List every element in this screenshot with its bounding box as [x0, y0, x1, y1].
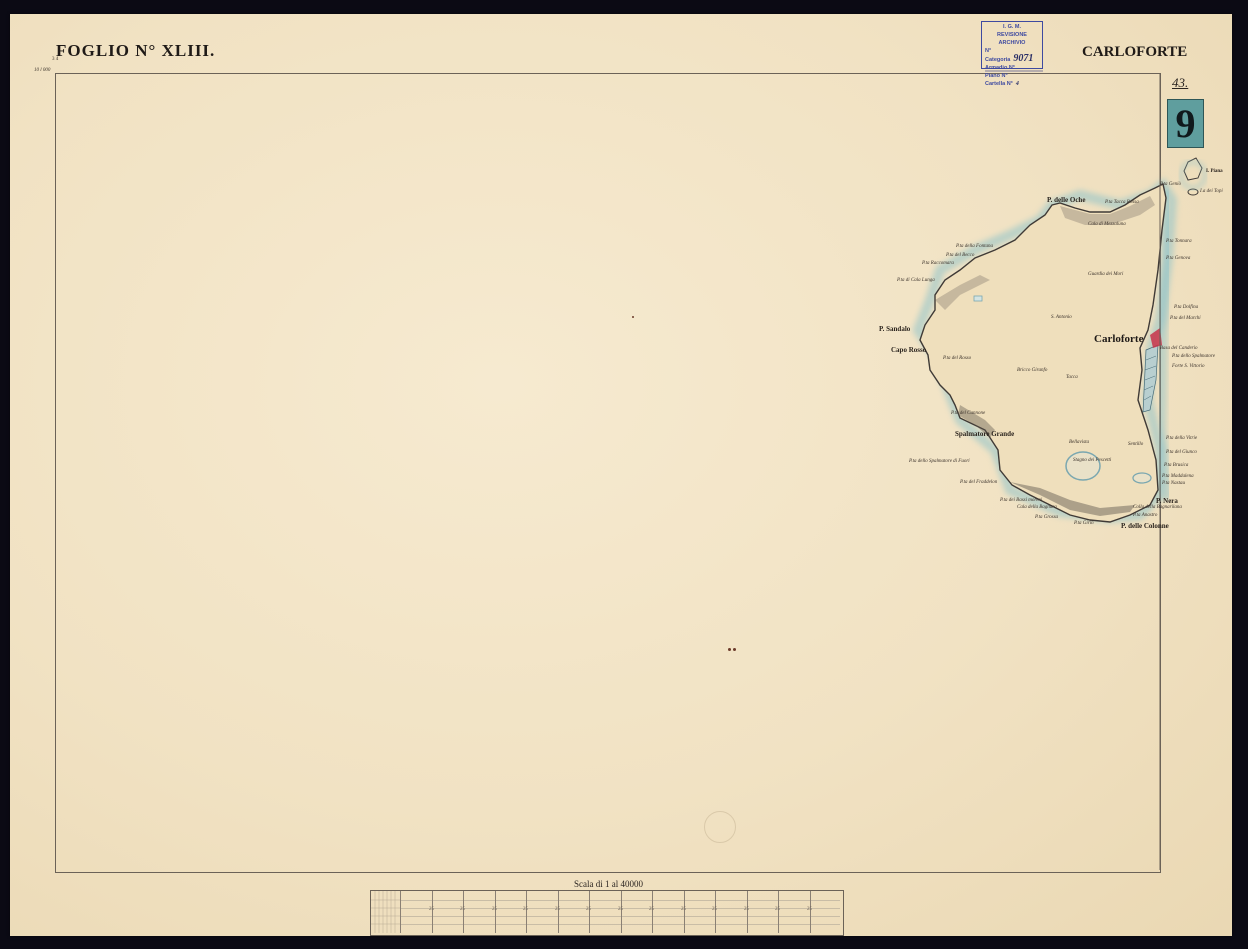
label-canderio: Basa del Canderio — [1160, 346, 1198, 351]
label-rosso: P.ta del Rosso — [943, 356, 971, 361]
label-becco: P.ta del Becco — [946, 253, 974, 258]
label-cala-bagnara: Cala della Bagnara — [1017, 505, 1057, 510]
label-i-piana: I. Piana — [1206, 169, 1223, 174]
scale-mark: 25 — [429, 907, 434, 912]
scale-mark: 25 — [586, 907, 591, 912]
small-lake — [1133, 473, 1151, 483]
label-fraddelon: P.ta del Fraddelon — [960, 480, 997, 485]
label-p-delle-colonne: P. delle Colonne — [1121, 522, 1169, 530]
label-capo-rosso: Capo Rosso — [891, 346, 926, 354]
scale-line — [400, 900, 840, 901]
label-guardia-mori: Guardia dei Mori — [1088, 272, 1123, 277]
label-giunco: P.ta del Giunco — [1166, 450, 1197, 455]
label-carloforte: Carloforte — [1094, 333, 1143, 345]
foxing-spot — [632, 316, 634, 318]
island-map — [0, 0, 1248, 949]
scale-title: Scala di 1 al 40000 — [574, 879, 643, 889]
scale-fine-grid — [371, 891, 400, 933]
label-spalmatore-fuori: P.ta dello Spalmatore di Fuori — [909, 459, 970, 464]
label-p-nera: P. Nera — [1156, 497, 1178, 505]
embossed-watermark — [704, 811, 736, 843]
label-fontana: P.ta della Fontana — [956, 244, 993, 249]
label-tacca: Tacca — [1066, 375, 1078, 380]
label-bassi-moreni: P.ta dei Bassi moreni — [1000, 498, 1042, 503]
label-punta-genio: P.ta Geniò — [1160, 182, 1181, 187]
label-s-antonio: S. Antonio — [1051, 315, 1072, 320]
label-tonnara: P.ta Tonnara — [1166, 239, 1192, 244]
label-maddalena: P.ta Maddalena — [1162, 474, 1194, 479]
label-p-delle-oche: P. delle Oche — [1047, 196, 1085, 204]
scale-mark: 25 — [618, 907, 623, 912]
label-raccomara: P.ta Raccomara — [922, 261, 954, 266]
pond — [974, 296, 982, 301]
label-p-sandalo: P. Sandalo — [879, 325, 910, 333]
label-brusica: P.ta Brusica — [1164, 463, 1188, 468]
label-vitrie: P.ta della Vitrie — [1166, 436, 1197, 441]
scale-mark: 25 — [460, 907, 465, 912]
foxing-spot — [733, 648, 736, 651]
label-sentillo: Sentillo — [1128, 442, 1143, 447]
scale-line — [400, 916, 840, 917]
label-stagno: Stagno dei Pescetti — [1073, 458, 1111, 463]
scale-tick — [747, 891, 748, 933]
scale-mark: 25 — [523, 907, 528, 912]
scale-tick — [778, 891, 779, 933]
label-colla-bagnarilana: Colla della Bagnarilana — [1133, 505, 1182, 510]
scale-mark: 25 — [744, 907, 749, 912]
label-mezzaluna: Cala di Mezzaluna — [1088, 222, 1126, 227]
scale-mark: 25 — [649, 907, 654, 912]
label-forte-vittorio: Forte S. Vittorio — [1172, 364, 1205, 369]
scale-mark: 25 — [492, 907, 497, 912]
label-dolfina: P.ta Dolfina — [1174, 305, 1198, 310]
scale-tick — [589, 891, 590, 933]
label-isola-topi: I.a dei Topi — [1200, 189, 1223, 194]
label-bellavista: Bellavista — [1069, 440, 1089, 445]
label-girin: P.ta Girin — [1074, 521, 1094, 526]
scale-tick — [526, 891, 527, 933]
scale-tick — [621, 891, 622, 933]
scale-mark: 25 — [681, 907, 686, 912]
label-marchi: P.ta del Marchi — [1170, 316, 1201, 321]
scale-tick — [432, 891, 433, 933]
scale-mark: 25 — [775, 907, 780, 912]
label-anastro: P.ta Anastro — [1133, 513, 1157, 518]
label-cannone: P.ta del Cannone — [951, 411, 985, 416]
scale-mark: 25 — [807, 907, 812, 912]
label-cala-lunga: P.ta di Cala Lunga — [897, 278, 935, 283]
scale-tick — [495, 891, 496, 933]
scale-tick — [652, 891, 653, 933]
scale-line — [400, 924, 840, 925]
label-spalmatore-e: P.ta dello Spalmatore — [1172, 354, 1215, 359]
scale-tick — [684, 891, 685, 933]
scale-tick — [400, 891, 401, 933]
scale-tick — [558, 891, 559, 933]
foxing-spot — [728, 648, 731, 651]
label-grossa: P.ta Grossa — [1035, 515, 1058, 520]
scale-bar — [370, 890, 844, 936]
scale-mark: 25 — [555, 907, 560, 912]
scale-tick — [463, 891, 464, 933]
label-genova: P.ta Genova — [1166, 256, 1190, 261]
island-coastline — [920, 184, 1166, 522]
label-bricco: Bricco Giranfo — [1017, 368, 1047, 373]
scale-tick — [715, 891, 716, 933]
stagno-lake — [1066, 452, 1100, 480]
scale-tick — [810, 891, 811, 933]
label-nastau: P.ta Nastau — [1162, 481, 1185, 486]
label-spalmatore-grande: Spalmatore Grande — [955, 430, 1014, 438]
scale-mark: 25 — [712, 907, 717, 912]
label-tacca-rossa: P.ta Tacca Rossa — [1105, 200, 1139, 205]
